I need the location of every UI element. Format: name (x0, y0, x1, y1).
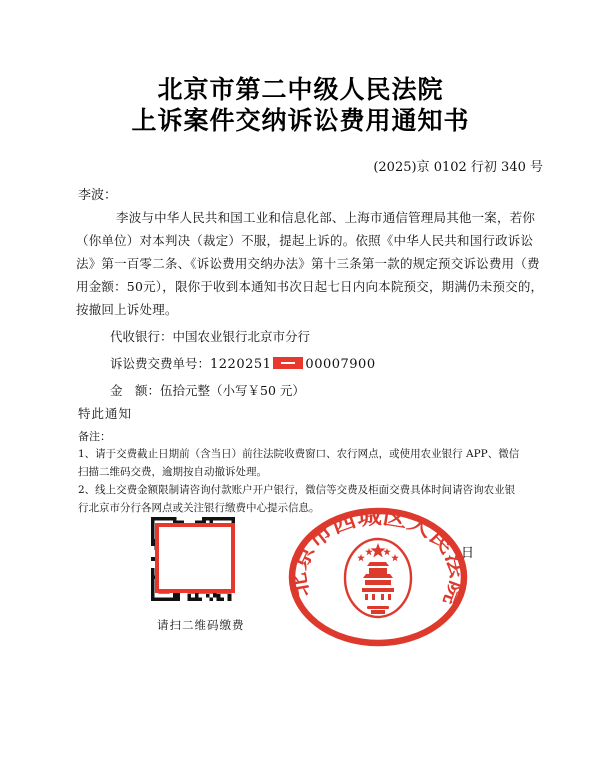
payment-order-label: 诉讼费交费单号： (110, 356, 210, 371)
payment-order-prefix: 1220251 (210, 357, 271, 372)
court-seal-stamp: 北京市西城区人民法院 (283, 502, 473, 652)
body-paragraph-line: 用金额：50元），限你于收到本通知书次日起七日内向本院预交，期满仍未预交的， (76, 277, 541, 295)
qr-code-caption: 请扫二维码缴费 (157, 617, 245, 633)
body-paragraph-line: 法》第一百零二条、《诉讼费用交纳办法》第十三条第一款的规定预交诉讼费用（费 (76, 254, 541, 272)
case-number: (2025)京 0102 行初 340 号 (373, 156, 543, 175)
document-title-line2: 上诉案件交纳诉讼费用通知书 (0, 101, 601, 137)
collecting-bank-line: 代收银行：中国农业银行北京市分行 (110, 327, 310, 345)
payment-order-number-line: 诉讼费交费单号：122025100007900 (110, 354, 376, 372)
redaction-bar (273, 357, 303, 369)
body-paragraph-line: 李波与中华人民共和国工业和信息化部、上海市通信管理局其他一案，若你 (76, 208, 541, 226)
seal-ring-text: 北京市西城区人民法院 (288, 506, 470, 608)
amount-line: 金 额：伍拾元整（小写￥50 元） (110, 381, 305, 399)
qr-redaction-overlay (155, 523, 235, 593)
body-paragraph-line: 按撤回上诉处理。 (76, 300, 541, 318)
remark-line: 2、线上交费金额限制请咨询付款账户开户银行，微信等交费及柜面交费具体时间请咨询农… (78, 482, 543, 497)
remark-line: 扫描二维码交费，逾期按自动撤诉处理。 (78, 464, 543, 479)
remark-line: 1、请于交费截止日期前（含当日）前往法院收费窗口、农行网点，或使用农业银行 AP… (78, 446, 543, 461)
body-paragraph-line: （你单位）对本判决（裁定）不服，提起上诉的。依照《中华人民共和国行政诉讼 (76, 231, 541, 249)
closing-notice: 特此通知 (78, 404, 132, 422)
payment-qr-code (148, 517, 238, 601)
remarks-label: 备注： (78, 428, 111, 444)
addressee: 李波： (78, 184, 117, 203)
payment-order-suffix: 00007900 (305, 357, 375, 372)
notice-document: 北京市第二中级人民法院 上诉案件交纳诉讼费用通知书 (2025)京 0102 行… (0, 0, 601, 777)
national-emblem-icon (345, 539, 411, 617)
